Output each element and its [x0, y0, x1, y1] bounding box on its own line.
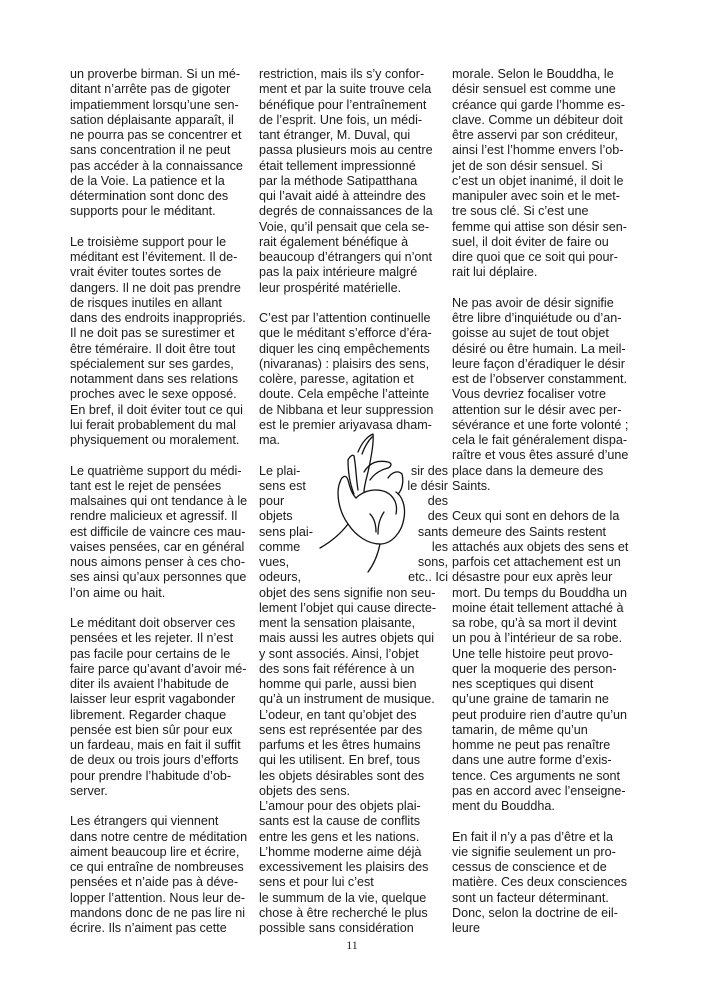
- text-line: être libre d’inquiétude ou d’an-: [452, 311, 640, 326]
- paragraph: Ne pas avoir de désir signifieêtre libre…: [452, 296, 640, 494]
- paragraph: Les étrangers qui viennentdans notre cen…: [70, 814, 260, 936]
- wrapped-text-right: sons,: [418, 555, 448, 570]
- text-line: désastre pour eux après leur: [452, 570, 640, 585]
- text-line: doute. Cela empêche l’atteinte: [259, 387, 448, 402]
- text-line: Le quatrième support du médi-: [70, 464, 260, 479]
- text-line: de risques inutiles en allant: [70, 296, 260, 311]
- text-line: Donc, selon la doctrine de eil-: [452, 906, 640, 921]
- text-line: sa robe, qu’à sa mort il devint: [452, 616, 640, 631]
- text-line: femme qui attise son désir sen-: [452, 220, 640, 235]
- text-line: bénéfique pour l’entraînement: [259, 98, 448, 113]
- paragraph: C’est par l’attention continuelleque le …: [259, 311, 448, 448]
- text-line: aiment beaucoup lire et écrire,: [70, 845, 260, 860]
- text-line: peut produire rien d’autre qu’un: [452, 708, 640, 723]
- text-line: pensée est bien sûr pour eux: [70, 723, 260, 738]
- text-line: tence. Ces arguments ne sont: [452, 769, 640, 784]
- text-line: qui l’avait aidé à atteindre des: [259, 189, 448, 204]
- text-line: clave. Comme un débiteur doit: [452, 113, 640, 128]
- text-line: rait également bénéfique à: [259, 235, 448, 250]
- text-line: mort. Du temps du Bouddha un: [452, 586, 640, 601]
- wrapped-text-left: objets: [259, 509, 293, 524]
- text-line: Voie, qu’il pensait que cela se-: [259, 220, 448, 235]
- text-line: dire quoi que ce soit qui pour-: [452, 250, 640, 265]
- wrapped-text-right: les: [432, 540, 448, 555]
- text-line: désir sensuel est comme une: [452, 82, 640, 97]
- text-line: beaucoup d’étrangers qui n’ont: [259, 250, 448, 265]
- paragraph: Ceux qui sont en dehors de lademeure des…: [452, 509, 640, 814]
- text-line: morale. Selon le Bouddha, le: [452, 67, 640, 82]
- text-line: ditant n’arrête pas de gigoter: [70, 82, 260, 97]
- text-line: des sons fait référence à un: [259, 662, 448, 677]
- text-line: sans concentration il ne peut: [70, 143, 260, 158]
- text-line: demeure des Saints restent: [452, 525, 640, 540]
- text-line: ce qui entraîne de nombreuses: [70, 860, 260, 875]
- text-line: mandons donc de ne pas lire ni: [70, 906, 260, 921]
- text-line: restriction, mais ils s’y confor-: [259, 67, 448, 82]
- text-column-3: morale. Selon le Bouddha, ledésir sensue…: [452, 67, 640, 952]
- wrapped-text-left: pour: [259, 494, 284, 509]
- paragraph: Le quatrième support du médi-tant est le…: [70, 464, 260, 601]
- text-line: homme qui parle, aussi bien: [259, 677, 448, 692]
- text-line: c’est un objet inanimé, il doit le: [452, 174, 640, 189]
- text-line: est le premier ariyavasa dham-: [259, 418, 448, 433]
- wrapped-text-left: comme: [259, 540, 300, 555]
- text-line: malsaines qui ont tendance à le: [70, 494, 260, 509]
- text-line: être téméraire. Il doit être tout: [70, 342, 260, 357]
- text-line: degrés de connaissances de la: [259, 204, 448, 219]
- text-line: supports pour le méditant.: [70, 204, 260, 219]
- wrapped-text-left: sens plai-: [259, 525, 313, 540]
- text-line: de deux ou trois jours d’efforts: [70, 753, 260, 768]
- text-line: un pou à l’intérieur de sa robe.: [452, 631, 640, 646]
- text-line: laisser leur esprit vagabonder: [70, 692, 260, 707]
- paragraph-continued: objet des sens signifie non seu-lement l…: [259, 586, 448, 937]
- text-line: sens et pour lui c’est: [259, 875, 448, 890]
- text-line: parfums et les êtres humains: [259, 738, 448, 753]
- text-line: raître et vous êtes assuré d’une: [452, 448, 640, 463]
- text-line: leur prospérité matérielle.: [259, 281, 448, 296]
- text-line: parfois cet attachement est un: [452, 555, 640, 570]
- text-line: sévérance et une forte volonté ;: [452, 418, 640, 433]
- text-line: suel, il doit éviter de faire ou: [452, 235, 640, 250]
- paragraph: morale. Selon le Bouddha, ledésir sensue…: [452, 67, 640, 281]
- text-line: pas en accord avec l’enseigne-: [452, 784, 640, 799]
- text-line: Il ne doit pas se surestimer et: [70, 326, 260, 341]
- text-line: spécialement sur ses gardes,: [70, 357, 260, 372]
- text-line: chose à être recherché le plus: [259, 906, 448, 921]
- text-line: Saints.: [452, 479, 640, 494]
- text-line: notamment dans ses relations: [70, 372, 260, 387]
- text-line: mais aussi les autres objets qui: [259, 631, 448, 646]
- text-line: était tellement impressionné: [259, 159, 448, 174]
- text-line: pensées et n’aide pas à déve-: [70, 875, 260, 890]
- text-line: Vous devriez focaliser votre: [452, 387, 640, 402]
- text-line: excessivement les plaisirs des: [259, 860, 448, 875]
- text-line: être asservi par son créditeur,: [452, 128, 640, 143]
- paragraph: un proverbe birman. Si un mé-ditant n’ar…: [70, 67, 260, 220]
- text-line: tant étranger, M. Duval, qui: [259, 128, 448, 143]
- text-line: écrire. Ils n’aiment pas cette: [70, 921, 260, 936]
- text-line: un proverbe birman. Si un mé-: [70, 67, 260, 82]
- text-line: nes sceptiques qui disent: [452, 677, 640, 692]
- text-line: librement. Regarder chaque: [70, 708, 260, 723]
- text-line: désiré ou être humain. La meil-: [452, 342, 640, 357]
- wrapped-text-left: vues,: [259, 555, 289, 570]
- text-line: nous aimons penser à ces cho-: [70, 555, 260, 570]
- text-line: sants est la cause de conflits: [259, 814, 448, 829]
- paragraph: Le troisième support pour leméditant est…: [70, 235, 260, 449]
- text-line: (nivaranas) : plaisirs des sens,: [259, 357, 448, 372]
- text-line: dans notre centre de méditation: [70, 830, 260, 845]
- wrapped-text-left: Le plai-: [259, 464, 300, 479]
- text-line: lopper l’attention. Nous leur de-: [70, 891, 260, 906]
- text-line: goisse au sujet de tout objet: [452, 326, 640, 341]
- paragraph: Le méditant doit observer cespensées et …: [70, 616, 260, 799]
- text-line: C’est par l’attention continuelle: [259, 311, 448, 326]
- page-number: 11: [0, 938, 704, 953]
- text-line: Ne pas avoir de désir signifie: [452, 296, 640, 311]
- text-line: Le méditant doit observer ces: [70, 616, 260, 631]
- text-line: l’on aime ou hait.: [70, 586, 260, 601]
- text-line: moine était tellement attaché à: [452, 601, 640, 616]
- text-line: proches avec le sexe opposé.: [70, 387, 260, 402]
- text-line: pas accéder à la connaissance: [70, 159, 260, 174]
- text-line: lui ferait probablement du mal: [70, 418, 260, 433]
- text-line: cela le fait généralement dispa-: [452, 433, 640, 448]
- text-line: ses ainsi qu’aux personnes que: [70, 570, 260, 585]
- text-line: possible sans considération: [259, 921, 448, 936]
- text-line: dangers. Il ne doit pas prendre: [70, 281, 260, 296]
- text-line: ainsi l’est l’homme envers l’ob-: [452, 143, 640, 158]
- text-line: est difficile de vaincre ces mau-: [70, 525, 260, 540]
- text-line: diquer les cinq empêchements: [259, 342, 448, 357]
- text-line: vie signifie seulement un pro-: [452, 845, 640, 860]
- text-line: pensées et les rejeter. Il n’est: [70, 631, 260, 646]
- text-line: ment et par la suite trouve cela: [259, 82, 448, 97]
- text-line: L’amour pour des objets plai-: [259, 799, 448, 814]
- text-line: En fait il n’y a pas d’être et la: [452, 830, 640, 845]
- text-line: méditant est l’évitement. Il de-: [70, 250, 260, 265]
- text-line: place dans la demeure des: [452, 464, 640, 479]
- wrapped-text-right: des: [428, 494, 448, 509]
- text-line: diter ils avaient l’habitude de: [70, 677, 260, 692]
- text-line: passa plusieurs mois au centre: [259, 143, 448, 158]
- hand-holding-fruit-illustration: [318, 432, 418, 582]
- text-line: un fardeau, mais en fait il suffit: [70, 738, 260, 753]
- text-line: ne pourra pas se concentrer et: [70, 128, 260, 143]
- text-line: de la Voie. La patience et la: [70, 174, 260, 189]
- text-line: vrait éviter toutes sortes de: [70, 265, 260, 280]
- text-line: pas la paix intérieure malgré: [259, 265, 448, 280]
- text-line: ment la sensation plaisante,: [259, 616, 448, 631]
- text-line: attachés aux objets des sens et: [452, 540, 640, 555]
- text-line: sont un facteur déterminant.: [452, 891, 640, 906]
- text-line: matière. Ces deux consciences: [452, 875, 640, 890]
- text-line: jet de son désir sensuel. Si: [452, 159, 640, 174]
- text-line: de Nibbana et leur suppression: [259, 403, 448, 418]
- text-line: server.: [70, 784, 260, 799]
- text-line: qui les utilisent. En bref, tous: [259, 753, 448, 768]
- text-line: qu’une graine de tamarin ne: [452, 692, 640, 707]
- text-line: attention sur le désir avec per-: [452, 403, 640, 418]
- text-column-1: un proverbe birman. Si un mé-ditant n’ar…: [70, 67, 260, 952]
- text-line: entre les gens et les nations.: [259, 830, 448, 845]
- text-line: qu’à un instrument de musique.: [259, 692, 448, 707]
- text-line: dans des endroits inappropriés.: [70, 311, 260, 326]
- text-line: y sont associés. Ainsi, l’objet: [259, 647, 448, 662]
- text-line: rait lui déplaire.: [452, 265, 640, 280]
- text-line: les objets désirables sont des: [259, 769, 448, 784]
- text-line: faire parce qu’avant d’avoir mé-: [70, 662, 260, 677]
- text-line: Les étrangers qui viennent: [70, 814, 260, 829]
- text-line: tamarin, de même qu’un: [452, 723, 640, 738]
- text-line: leure façon d’éradiquer le désir: [452, 357, 640, 372]
- text-line: En bref, il doit éviter tout ce qui: [70, 403, 260, 418]
- text-line: Une telle histoire peut provo-: [452, 647, 640, 662]
- text-line: homme ne peut pas renaître: [452, 738, 640, 753]
- text-line: tre sous clé. Si c’est une: [452, 204, 640, 219]
- text-line: L’odeur, en tant qu’objet des: [259, 708, 448, 723]
- text-line: lement l’objet qui cause directe-: [259, 601, 448, 616]
- text-line: L’homme moderne aime déjà: [259, 845, 448, 860]
- text-line: objet des sens signifie non seu-: [259, 586, 448, 601]
- text-line: détermination sont donc des: [70, 189, 260, 204]
- text-line: Le troisième support pour le: [70, 235, 260, 250]
- wrapped-text-right: sants: [418, 525, 448, 540]
- text-line: par la méthode Satipatthana: [259, 174, 448, 189]
- text-line: colère, paresse, agitation et: [259, 372, 448, 387]
- text-line: tant est le rejet de pensées: [70, 479, 260, 494]
- text-line: physiquement ou moralement.: [70, 433, 260, 448]
- text-line: ment du Bouddha.: [452, 799, 640, 814]
- wrapped-text-left: sens est: [259, 479, 306, 494]
- text-line: de l’esprit. Une fois, un médi-: [259, 113, 448, 128]
- text-line: cessus de conscience et de: [452, 860, 640, 875]
- text-line: leure: [452, 921, 640, 936]
- text-line: pour prendre l’habitude d’ob-: [70, 769, 260, 784]
- text-line: dans une autre forme d’exis-: [452, 753, 640, 768]
- text-line: manipuler avec soin et le met-: [452, 189, 640, 204]
- paragraph: restriction, mais ils s’y confor-ment et…: [259, 67, 448, 296]
- text-line: que le méditant s’efforce d’éra-: [259, 326, 448, 341]
- text-line: rendre malicieux et agressif. Il: [70, 509, 260, 524]
- wrapped-text-right: des: [428, 509, 448, 524]
- text-line: sens est représentée par des: [259, 723, 448, 738]
- text-line: sation déplaisante apparaît, il: [70, 113, 260, 128]
- text-line: est de l’observer constamment.: [452, 372, 640, 387]
- document-page: un proverbe birman. Si un mé-ditant n’ar…: [0, 0, 704, 992]
- text-line: pas facile pour certains de le: [70, 647, 260, 662]
- text-line: le summum de la vie, quelque: [259, 891, 448, 906]
- wrapped-text-left: odeurs,: [259, 570, 301, 585]
- text-line: impatiemment lorsqu’une sen-: [70, 98, 260, 113]
- text-line: Ceux qui sont en dehors de la: [452, 509, 640, 524]
- text-line: quer la moquerie des person-: [452, 662, 640, 677]
- text-line: créance qui garde l’homme es-: [452, 98, 640, 113]
- text-line: objets des sens.: [259, 784, 448, 799]
- text-line: vaises pensées, car en général: [70, 540, 260, 555]
- paragraph: En fait il n’y a pas d’être et lavie sig…: [452, 830, 640, 937]
